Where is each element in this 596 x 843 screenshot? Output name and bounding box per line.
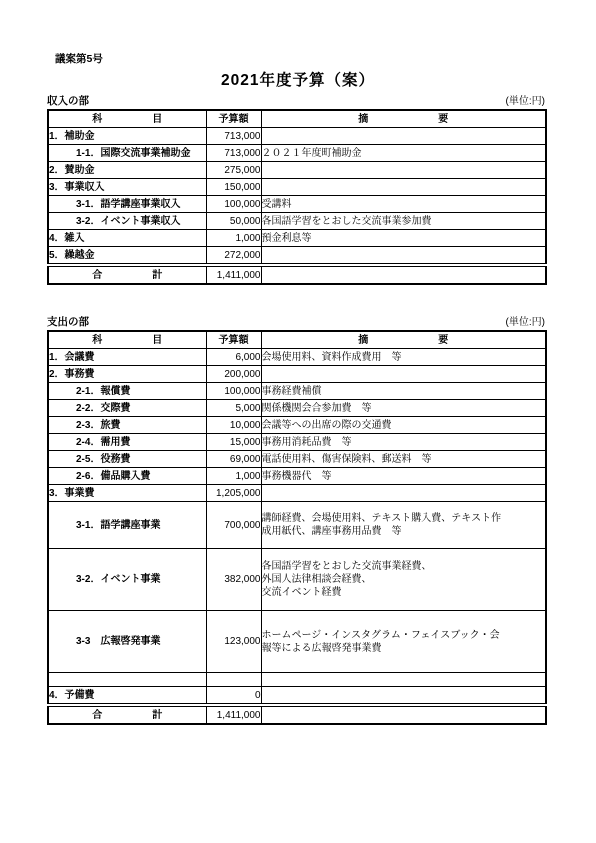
expense-table-body: 1．会議費6,000会場使用料、資料作成費用 等2．事務費200,0002-1．…	[48, 349, 546, 725]
table-row: 5．繰越金272,000	[48, 247, 546, 266]
table-row: 2-6．備品購入費1,000事務機器代 等	[48, 468, 546, 485]
table-row: 2．賛助金275,000	[48, 162, 546, 179]
budget-amount-cell: 100,000	[206, 383, 261, 400]
budget-amount-cell: 10,000	[206, 417, 261, 434]
table-row: 1．補助金713,000	[48, 128, 546, 145]
item-cell: 1．補助金	[48, 128, 206, 145]
summary-cell: 受講料	[261, 196, 546, 213]
item-cell: 2-6．備品購入費	[48, 468, 206, 485]
total-label-cell: 合 計	[48, 265, 206, 284]
table-row: 2-4．需用費15,000事務用消耗品費 等	[48, 434, 546, 451]
summary-cell: 各国語学習をとおした交流事業経費、 外国人法律相談会経費、 交流イベント経費	[261, 549, 546, 611]
table-row: 4．予備費0	[48, 687, 546, 706]
item-cell: 2-2．交際費	[48, 400, 206, 417]
item-cell	[48, 673, 206, 687]
budget-amount-cell: 15,000	[206, 434, 261, 451]
budget-amount-cell: 382,000	[206, 549, 261, 611]
item-cell: 3．事業収入	[48, 179, 206, 196]
budget-amount-cell: 275,000	[206, 162, 261, 179]
column-header-item: 科 目	[48, 110, 206, 128]
budget-amount-cell: 69,000	[206, 451, 261, 468]
expense-unit-label: (単位:円)	[506, 316, 545, 329]
total-summary-cell	[261, 705, 546, 724]
summary-cell: 事務用消耗品費 等	[261, 434, 546, 451]
income-table-body: 1．補助金713,0001-1．国際交流事業補助金713,000２０２１年度町補…	[48, 128, 546, 285]
budget-amount-cell: 50,000	[206, 213, 261, 230]
summary-cell: 事務機器代 等	[261, 468, 546, 485]
expense-table: 科 目 予算額 摘 要 1．会議費6,000会場使用料、資料作成費用 等2．事務…	[47, 330, 547, 725]
income-section-header: 収入の部 (単位:円)	[47, 95, 545, 108]
table-row	[48, 673, 546, 687]
column-header-budget: 予算額	[206, 110, 261, 128]
budget-amount-cell: 1,205,000	[206, 485, 261, 502]
budget-amount-cell: 123,000	[206, 611, 261, 673]
total-amount-cell: 1,411,000	[206, 705, 261, 724]
table-row: 3-1．語学講座事業700,000講師経費、会場使用料、テキスト購入費、テキスト…	[48, 502, 546, 549]
budget-document-page: 議案第5号 2021年度予算（案） 収入の部 (単位:円) 科 目 予算額 摘 …	[0, 0, 596, 843]
summary-cell: 会議等への出席の際の交通費	[261, 417, 546, 434]
budget-amount-cell: 200,000	[206, 366, 261, 383]
item-cell: 4．雑入	[48, 230, 206, 247]
income-table: 科 目 予算額 摘 要 1．補助金713,0001-1．国際交流事業補助金713…	[47, 109, 547, 285]
income-section-label: 収入の部	[47, 95, 89, 108]
column-header-item: 科 目	[48, 331, 206, 349]
total-amount-cell: 1,411,000	[206, 265, 261, 284]
table-row: 3-3 広報啓発事業123,000ホームページ・インスタグラム・フェイスブック・…	[48, 611, 546, 673]
income-table-header-row: 科 目 予算額 摘 要	[48, 110, 546, 128]
item-cell: 1．会議費	[48, 349, 206, 366]
item-cell: 3-2．イベント事業収入	[48, 213, 206, 230]
summary-cell: 事務経費補償	[261, 383, 546, 400]
budget-amount-cell: 6,000	[206, 349, 261, 366]
summary-cell	[261, 247, 546, 266]
summary-cell: 関係機関会合参加費 等	[261, 400, 546, 417]
budget-amount-cell	[206, 673, 261, 687]
item-cell: 3-2．イベント事業	[48, 549, 206, 611]
expense-section-label: 支出の部	[47, 316, 89, 329]
column-header-summary: 摘 要	[261, 110, 546, 128]
summary-cell	[261, 485, 546, 502]
summary-cell: ホームページ・インスタグラム・フェイスブック・会 報等による広報啓発事業費	[261, 611, 546, 673]
item-cell: 2-4．需用費	[48, 434, 206, 451]
table-row: 2-2．交際費5,000関係機関会合参加費 等	[48, 400, 546, 417]
summary-cell: 講師経費、会場使用料、テキスト購入費、テキスト作 成用紙代、講座事務用品費 等	[261, 502, 546, 549]
budget-amount-cell: 100,000	[206, 196, 261, 213]
summary-cell	[261, 179, 546, 196]
table-row: 3-2．イベント事業収入50,000各国語学習をとおした交流事業参加費	[48, 213, 546, 230]
summary-cell: 各国語学習をとおした交流事業参加費	[261, 213, 546, 230]
item-cell: 2-5．役務費	[48, 451, 206, 468]
budget-amount-cell: 1,000	[206, 468, 261, 485]
item-cell: 2-3．旅費	[48, 417, 206, 434]
page-title: 2021年度予算（案）	[0, 71, 596, 90]
budget-amount-cell: 700,000	[206, 502, 261, 549]
item-cell: 1-1．国際交流事業補助金	[48, 145, 206, 162]
item-cell: 5．繰越金	[48, 247, 206, 266]
summary-cell: ２０２１年度町補助金	[261, 145, 546, 162]
item-cell: 2．賛助金	[48, 162, 206, 179]
budget-amount-cell: 150,000	[206, 179, 261, 196]
table-row: 2-5．役務費69,000電話使用料、傷害保険料、郵送料 等	[48, 451, 546, 468]
item-cell: 4．予備費	[48, 687, 206, 706]
budget-amount-cell: 1,000	[206, 230, 261, 247]
item-cell: 3-1．語学講座事業収入	[48, 196, 206, 213]
budget-amount-cell: 713,000	[206, 128, 261, 145]
summary-cell	[261, 687, 546, 706]
table-row: 2-1．報償費100,000事務経費補償	[48, 383, 546, 400]
budget-amount-cell: 713,000	[206, 145, 261, 162]
item-cell: 3-3 広報啓発事業	[48, 611, 206, 673]
total-row: 合 計1,411,000	[48, 705, 546, 724]
item-cell: 2．事務費	[48, 366, 206, 383]
expense-table-header-row: 科 目 予算額 摘 要	[48, 331, 546, 349]
table-row: 1-1．国際交流事業補助金713,000２０２１年度町補助金	[48, 145, 546, 162]
budget-amount-cell: 0	[206, 687, 261, 706]
doc-number: 議案第5号	[55, 53, 596, 66]
item-cell: 3-1．語学講座事業	[48, 502, 206, 549]
summary-cell	[261, 128, 546, 145]
column-header-summary: 摘 要	[261, 331, 546, 349]
expense-section-header: 支出の部 (単位:円)	[47, 316, 545, 329]
table-row: 3．事業費1,205,000	[48, 485, 546, 502]
table-row: 3-2．イベント事業382,000各国語学習をとおした交流事業経費、 外国人法律…	[48, 549, 546, 611]
budget-amount-cell: 272,000	[206, 247, 261, 266]
total-row: 合 計1,411,000	[48, 265, 546, 284]
table-row: 3-1．語学講座事業収入100,000受講料	[48, 196, 546, 213]
column-header-budget: 予算額	[206, 331, 261, 349]
item-cell: 3．事業費	[48, 485, 206, 502]
table-row: 4．雑入1,000預金利息等	[48, 230, 546, 247]
summary-cell	[261, 366, 546, 383]
summary-cell	[261, 162, 546, 179]
income-unit-label: (単位:円)	[506, 95, 545, 108]
total-label-cell: 合 計	[48, 705, 206, 724]
total-summary-cell	[261, 265, 546, 284]
summary-cell	[261, 673, 546, 687]
table-row: 3．事業収入150,000	[48, 179, 546, 196]
summary-cell: 会場使用料、資料作成費用 等	[261, 349, 546, 366]
item-cell: 2-1．報償費	[48, 383, 206, 400]
summary-cell: 預金利息等	[261, 230, 546, 247]
table-row: 2．事務費200,000	[48, 366, 546, 383]
table-row: 2-3．旅費10,000会議等への出席の際の交通費	[48, 417, 546, 434]
table-row: 1．会議費6,000会場使用料、資料作成費用 等	[48, 349, 546, 366]
budget-amount-cell: 5,000	[206, 400, 261, 417]
summary-cell: 電話使用料、傷害保険料、郵送料 等	[261, 451, 546, 468]
